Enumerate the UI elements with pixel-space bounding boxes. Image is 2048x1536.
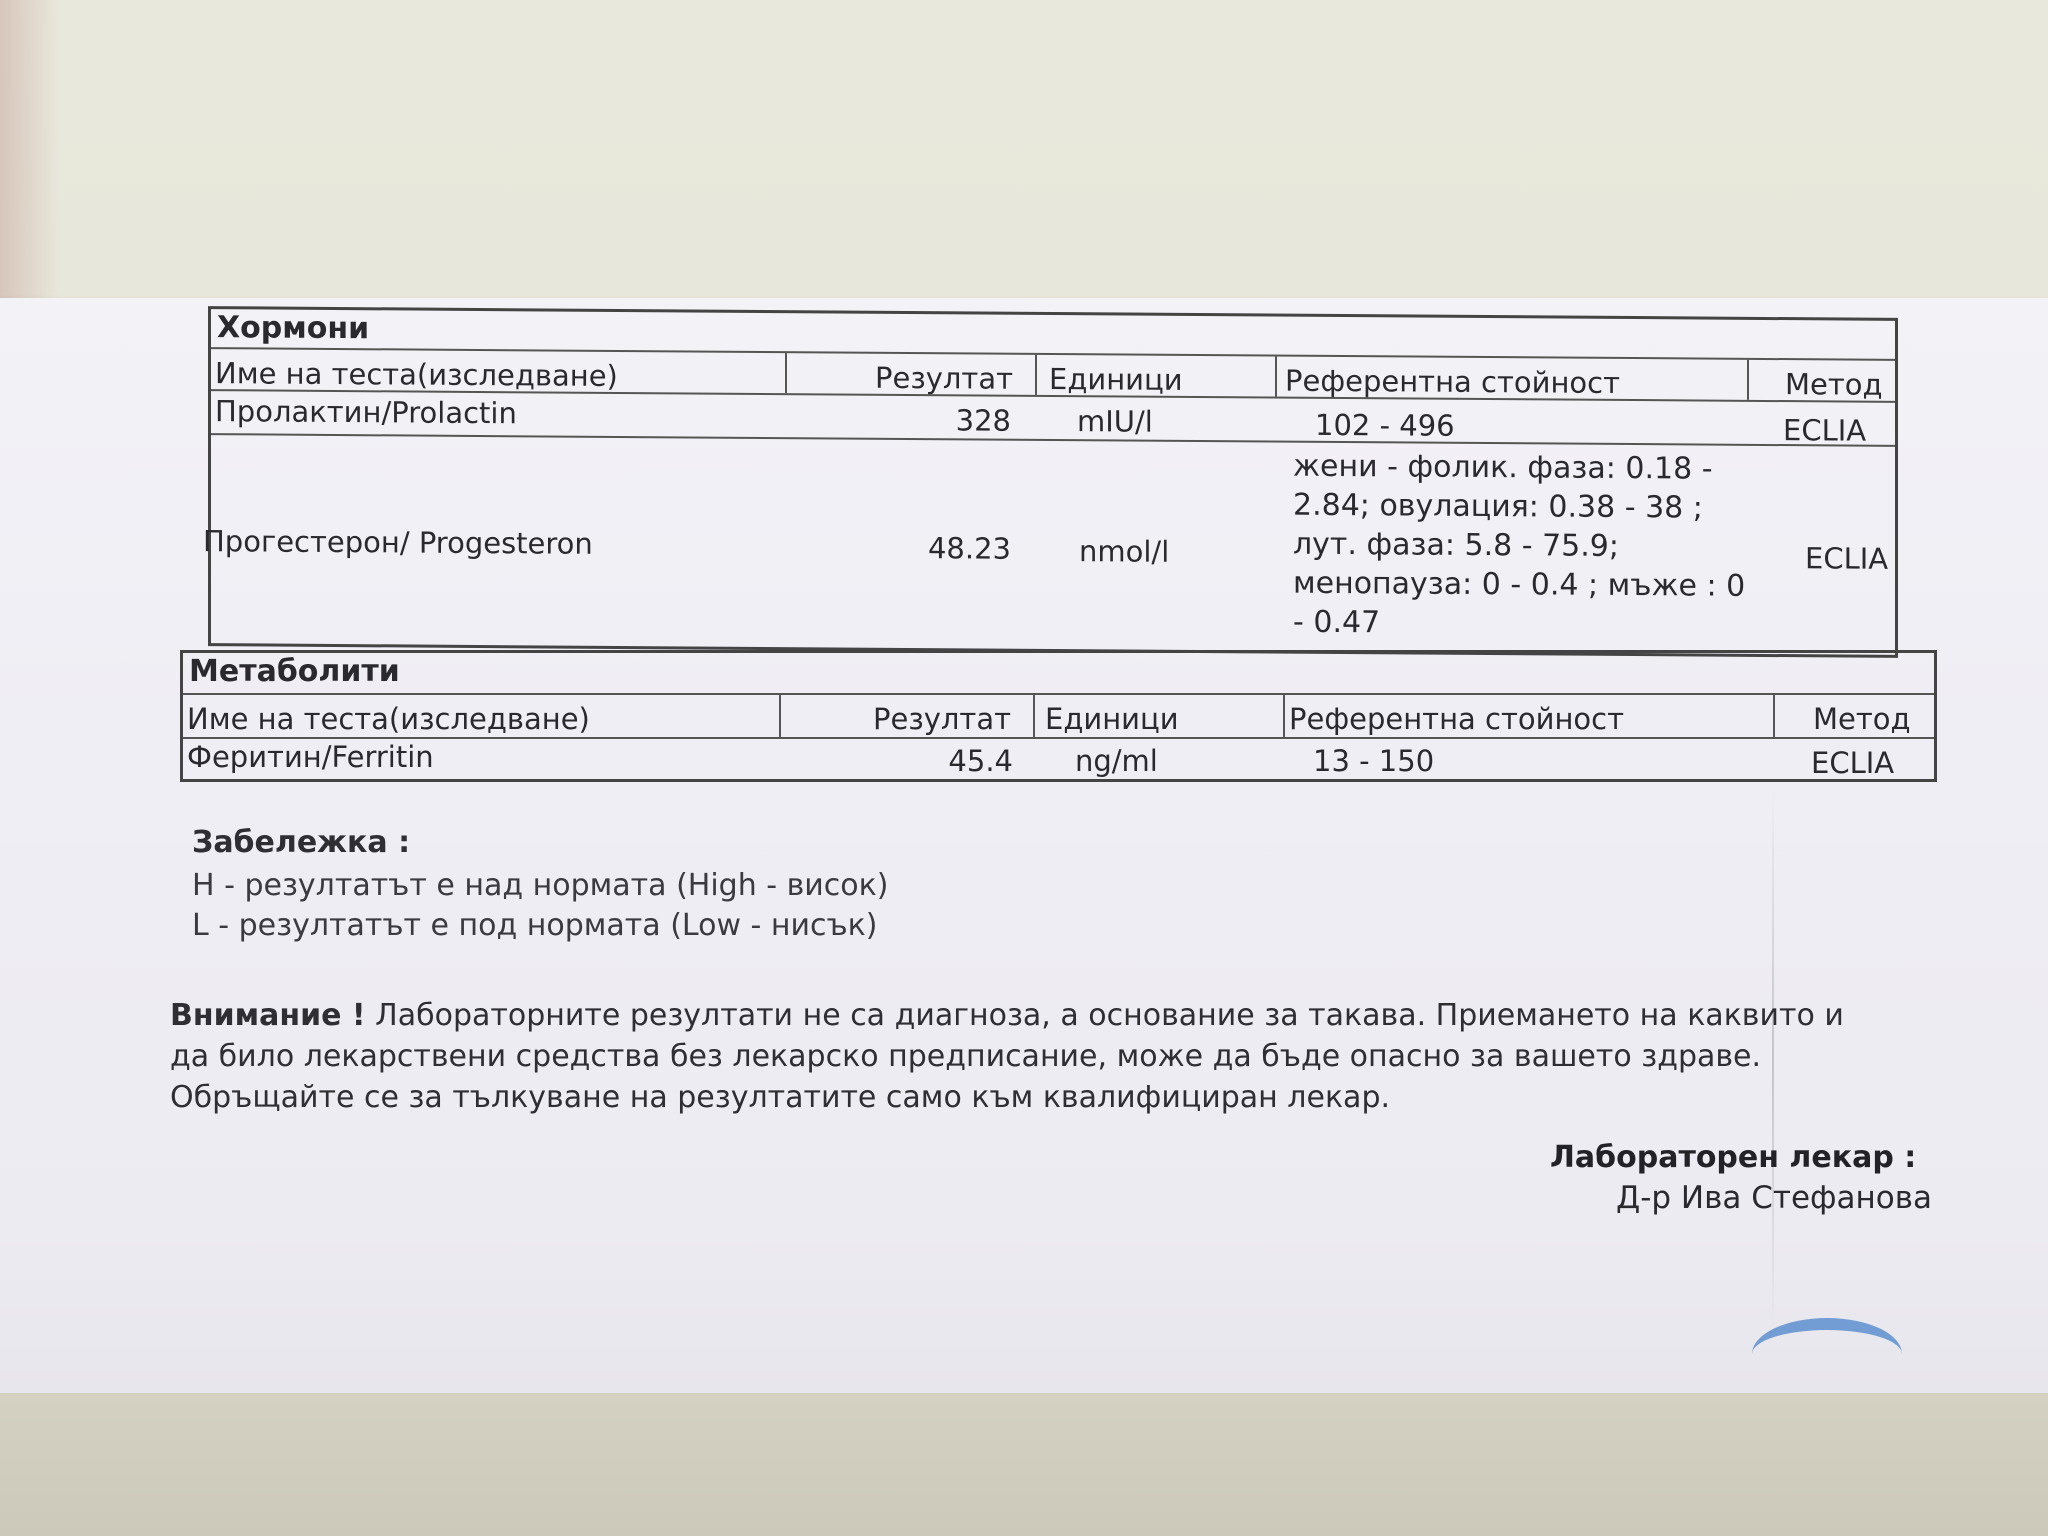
test-method: ECLIA [1747,402,1895,445]
test-name: Пролактин/Prolactin [215,391,785,437]
background-tabletop [0,1393,2048,1536]
metabolites-header-row: Име на теста(изследване) Резултат Единиц… [183,695,1934,739]
note-title: Забележка : [192,825,410,860]
test-method: ECLIA [1773,739,1934,779]
hormones-table: Хормони Име на теста(изследване) Резулта… [208,306,1898,658]
col-header-units: Единици [1033,695,1283,737]
metabolites-table: Метаболити Име на теста(изследване) Резу… [180,650,1937,782]
test-reference: жени - фолик. фаза: 0.18 - 2.84; овулаци… [1287,443,1765,660]
signature-title: Лабораторен лекар : [1550,1140,1916,1175]
col-header-method: Метод [1747,360,1895,401]
test-reference: 102 - 496 [1275,399,1747,444]
test-result: 48.23 [785,439,1035,655]
warning-paragraph: Внимание ! Лабораторните резултати не са… [170,995,1850,1118]
test-name: Феритин/Ferritin [187,739,779,779]
col-header-result: Резултат [785,353,1035,395]
test-result: 328 [785,395,1035,439]
col-header-units: Единици [1035,355,1275,397]
blue-ink-stamp-mark [1752,1318,1902,1390]
col-header-name: Име на теста(изследване) [215,349,785,393]
note-line-low: L - резултатът е под нормата (Low - нисъ… [192,908,878,943]
col-header-reference: Референтна стойност [1275,357,1747,400]
warning-text: Лабораторните резултати не са диагноза, … [170,998,1844,1115]
test-units: nmol/l [1035,441,1275,657]
signature-name: Д-р Ива Стефанова [1616,1180,1932,1216]
table-row: Прогестерон/ Progesteron 48.23 nmol/l же… [211,435,1895,661]
col-header-method: Метод [1773,695,1934,737]
background-tabletop-shadow [0,0,60,300]
table-row: Феритин/Ferritin 45.4 ng/ml 13 - 150 ECL… [183,739,1934,779]
test-method: ECLIA [1747,446,1895,661]
test-reference: 13 - 150 [1283,739,1773,779]
test-name: Прогестерон/ Progesteron [203,435,773,653]
note-line-high: H - резултатът е над нормата (High - вис… [192,868,888,903]
metabolites-section-row: Метаболити [183,653,1934,695]
col-header-reference: Референтна стойност [1283,695,1773,737]
test-result: 45.4 [779,739,1033,779]
test-units: ng/ml [1033,739,1283,779]
warning-label: Внимание ! [170,998,366,1033]
section-title: Метаболити [183,653,1934,693]
test-units: mIU/l [1035,397,1275,441]
col-header-result: Резултат [779,695,1033,737]
col-header-name: Име на теста(изследване) [187,695,779,737]
